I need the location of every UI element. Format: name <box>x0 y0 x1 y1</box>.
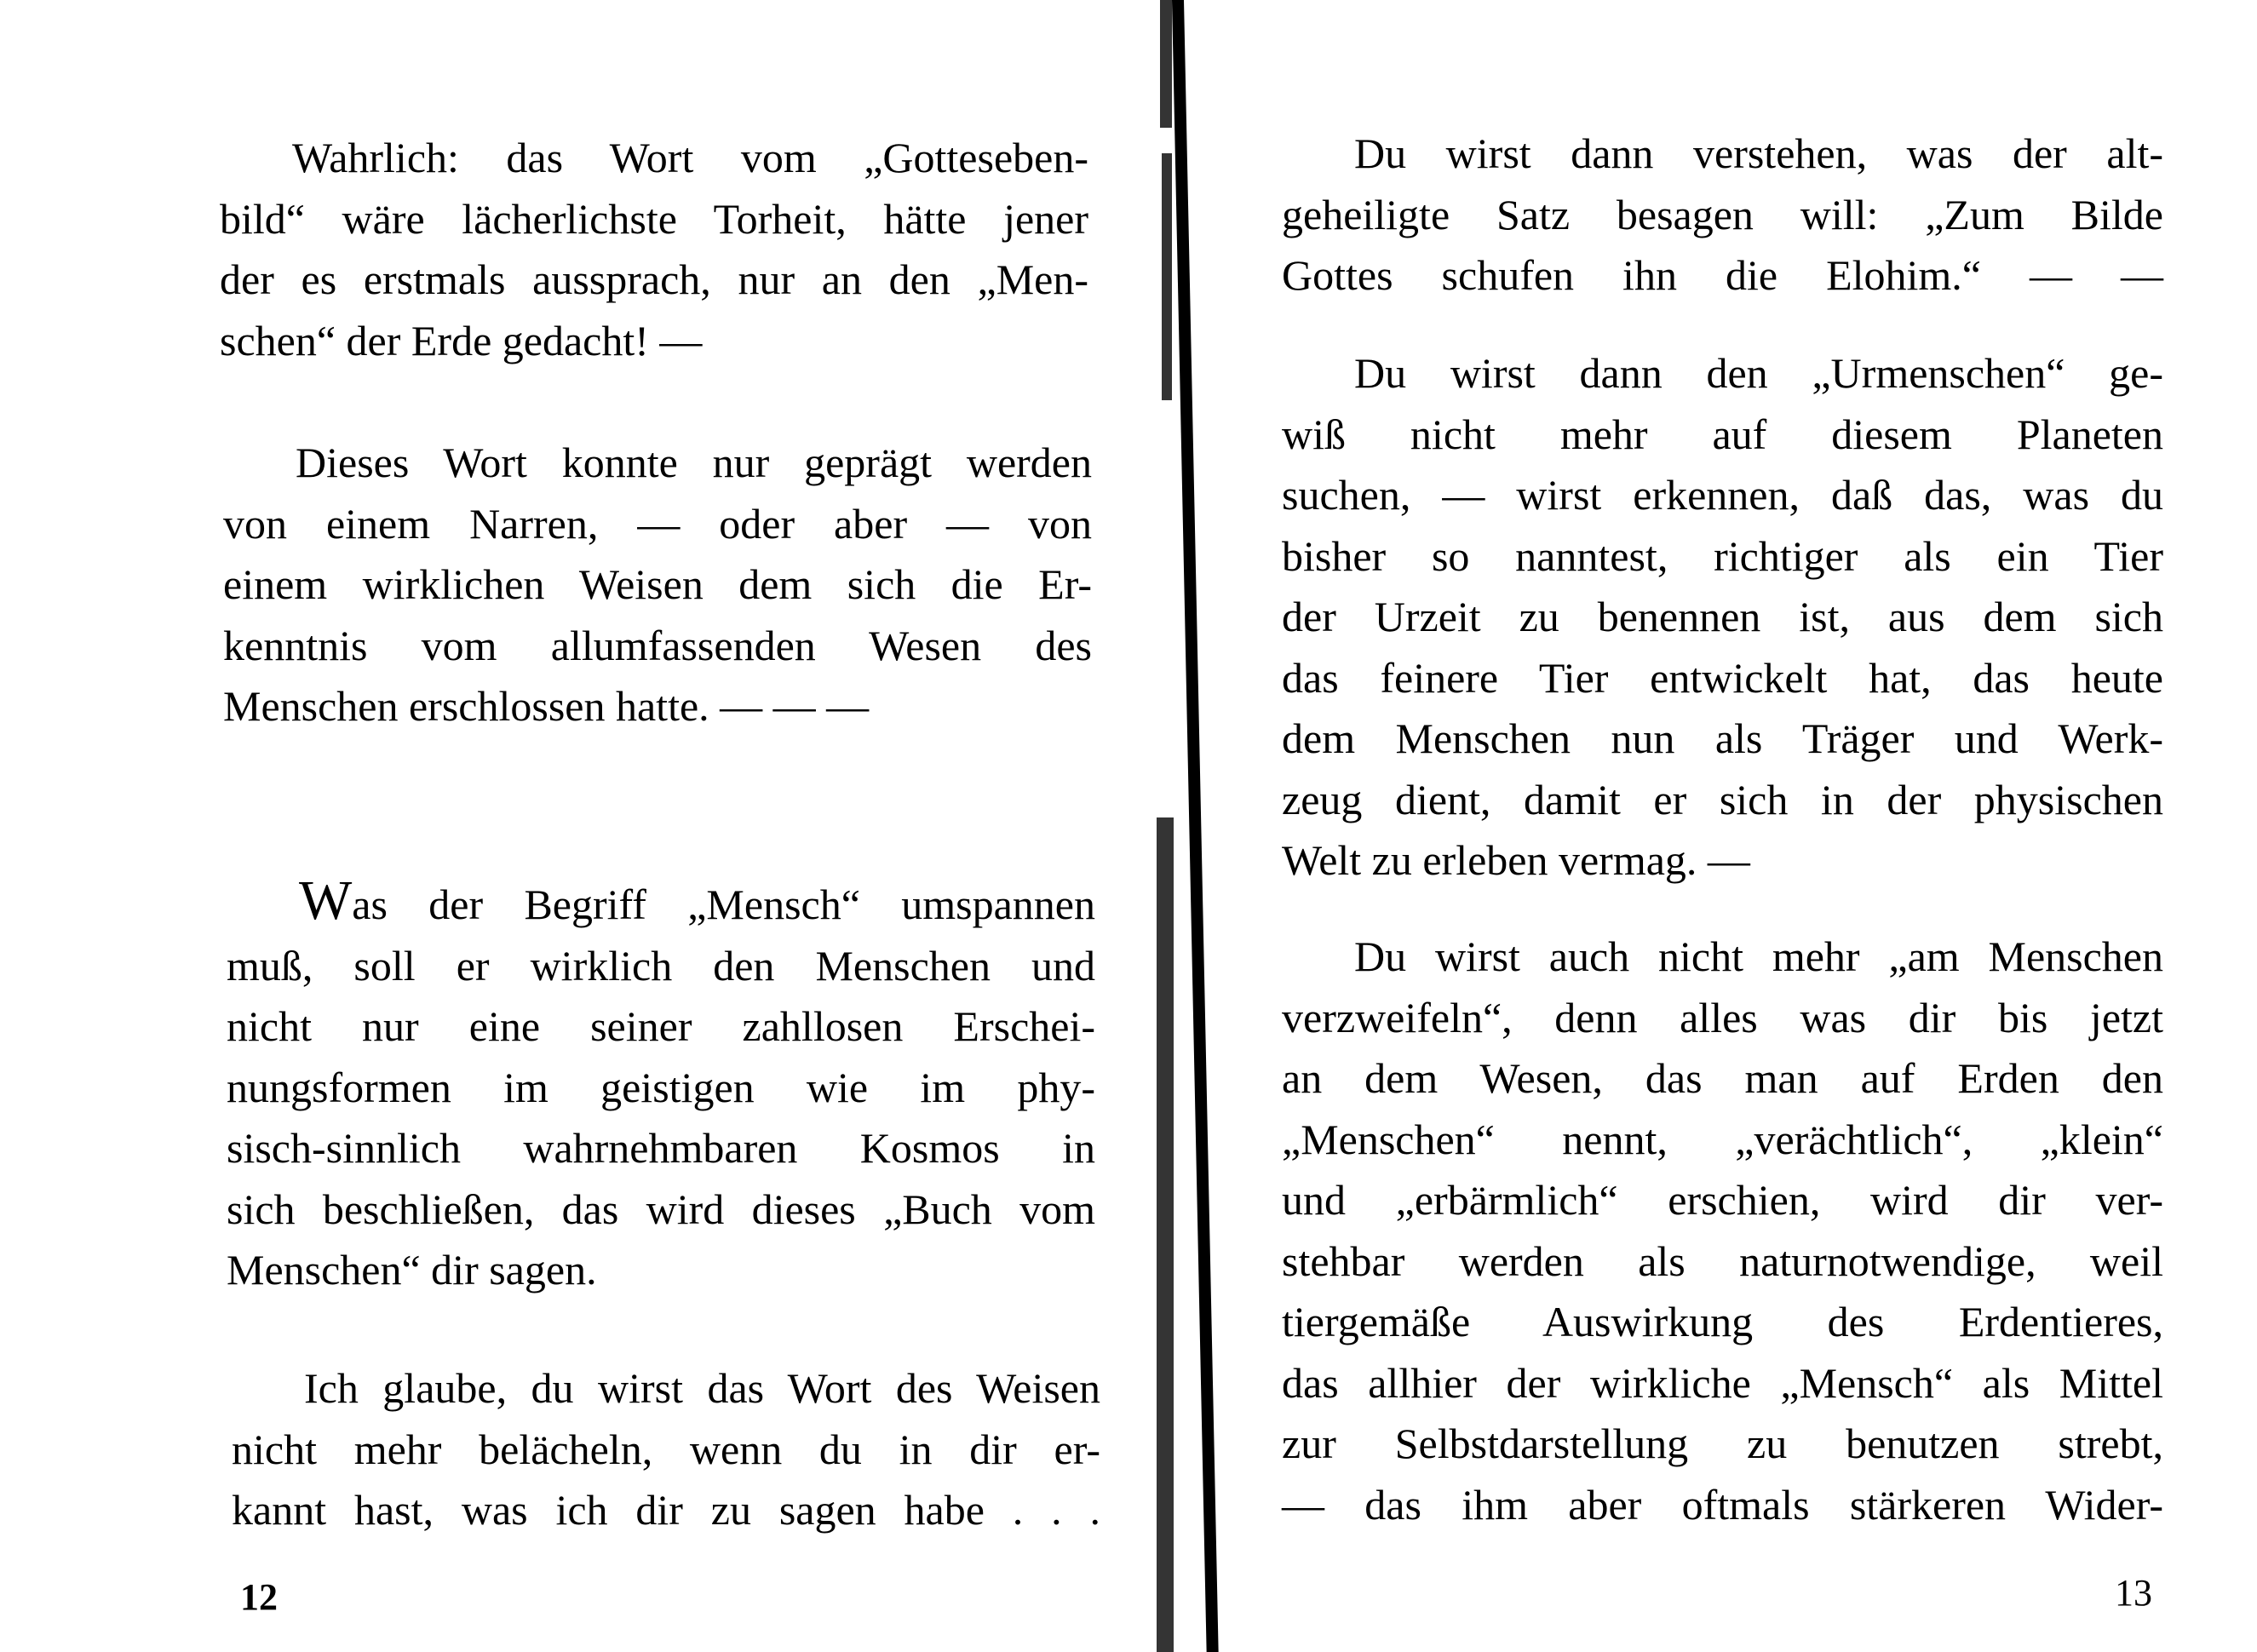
text-line: Dieses Wort konnte nur geprägt werden <box>223 433 1092 494</box>
gutter-shadow <box>1157 817 1174 1652</box>
text-line: Du wirst dann den „Urmenschen“ ge- <box>1282 343 2163 404</box>
text-line: nicht nur eine seiner zahllosen Erschei- <box>227 996 1095 1058</box>
paragraph-2: Du wirst dann den „Urmenschen“ ge- wiß n… <box>1282 343 2163 892</box>
text-line: kannt hast, was ich dir zu sagen habe . … <box>232 1480 1100 1541</box>
text-line: bisher so nanntest, richtiger als ein Ti… <box>1282 526 2163 588</box>
text-line: nungsformen im geistigen wie im phy- <box>227 1058 1095 1119</box>
text-line: und „erbärmlich“ erschien, wird dir ver- <box>1282 1170 2163 1231</box>
right-page: Du wirst dann verstehen, was der alt- ge… <box>1188 0 2257 1652</box>
text-line: suchen, — wirst erkennen, daß das, was d… <box>1282 465 2163 526</box>
text-line: der Urzeit zu benennen ist, aus dem sich <box>1282 587 2163 648</box>
paragraph-4: Ich glaube, du wirst das Wort des Weisen… <box>232 1358 1100 1541</box>
paragraph-1: Wahrlich: das Wort vom „Gotteseben- bild… <box>220 128 1088 371</box>
gutter-shadow <box>1160 0 1172 128</box>
text-line: geheiligte Satz besagen will: „Zum Bilde <box>1282 185 2163 246</box>
text-line: Welt zu erleben vermag. — <box>1282 830 2163 892</box>
text-line: der es erstmals aussprach, nur an den „M… <box>220 250 1088 311</box>
text-line: an dem Wesen, das man auf Erden den <box>1282 1048 2163 1110</box>
text-line: Menschen erschlossen hatte. — — — <box>223 676 1092 737</box>
gutter-shadow <box>1162 153 1172 400</box>
paragraph-1: Du wirst dann verstehen, was der alt- ge… <box>1282 123 2163 307</box>
text-line: verzweifeln“, denn alles was dir bis jet… <box>1282 988 2163 1049</box>
page-number: 12 <box>240 1575 278 1619</box>
text-line: kenntnis vom allumfassenden Wesen des <box>223 616 1092 677</box>
text-line: zur Selbstdarstellung zu benutzen strebt… <box>1282 1414 2163 1475</box>
text-line: Du wirst auch nicht mehr „am Menschen <box>1282 926 2163 988</box>
text-line: tiergemäße Auswirkung des Erdentieres, <box>1282 1292 2163 1353</box>
paragraph-3: Was der Begriff „Mensch“ umspannen muß, … <box>227 870 1095 1301</box>
text-line: das allhier der wirkliche „Mensch“ als M… <box>1282 1353 2163 1414</box>
book-spine-gutter <box>1160 0 1189 1652</box>
text-line: einem wirklichen Weisen dem sich die Er- <box>223 554 1092 616</box>
text-line: schen“ der Erde gedacht! — <box>220 311 1088 372</box>
text-line: Du wirst dann verstehen, was der alt- <box>1282 123 2163 185</box>
page-number: 13 <box>2115 1571 2152 1615</box>
text-line-rest: as der Begriff „Mensch“ umspannen <box>352 880 1095 928</box>
text-line: sich beschließen, das wird dieses „Buch … <box>227 1179 1095 1241</box>
text-line: sisch-sinnlich wahrnehmbaren Kosmos in <box>227 1118 1095 1179</box>
text-line: Menschen“ dir sagen. <box>227 1240 1095 1301</box>
text-line: nicht mehr belächeln, wenn du in dir er- <box>232 1420 1100 1481</box>
text-line: „Menschen“ nennt, „verächtlich“, „klein“ <box>1282 1110 2163 1171</box>
text-line: wiß nicht mehr auf diesem Planeten <box>1282 404 2163 466</box>
text-line: stehbar werden als naturnotwendige, weil <box>1282 1231 2163 1293</box>
text-line: Was der Begriff „Mensch“ umspannen <box>227 870 1095 936</box>
text-line: Ich glaube, du wirst das Wort des Weisen <box>232 1358 1100 1420</box>
paragraph-2: Dieses Wort konnte nur geprägt werden vo… <box>223 433 1092 737</box>
initial-letter: W <box>299 869 352 932</box>
text-line: das feinere Tier entwickelt hat, das heu… <box>1282 648 2163 709</box>
paragraph-3: Du wirst auch nicht mehr „am Menschen ve… <box>1282 926 2163 1535</box>
text-line: Wahrlich: das Wort vom „Gotteseben- <box>220 128 1088 189</box>
text-line: zeug dient, damit er sich in der physisc… <box>1282 770 2163 831</box>
text-line: von einem Narren, — oder aber — von <box>223 494 1092 555</box>
text-line: bild“ wäre lächerlichste Torheit, hätte … <box>220 189 1088 250</box>
text-line: dem Menschen nun als Träger und Werk- <box>1282 708 2163 770</box>
text-line: — das ihm aber oftmals stärkeren Wider- <box>1282 1475 2163 1536</box>
text-line: Gottes schufen ihn die Elohim.“ — — <box>1282 245 2163 307</box>
text-line: muß, soll er wirklich den Menschen und <box>227 936 1095 997</box>
left-page: Wahrlich: das Wort vom „Gotteseben- bild… <box>0 0 1167 1652</box>
